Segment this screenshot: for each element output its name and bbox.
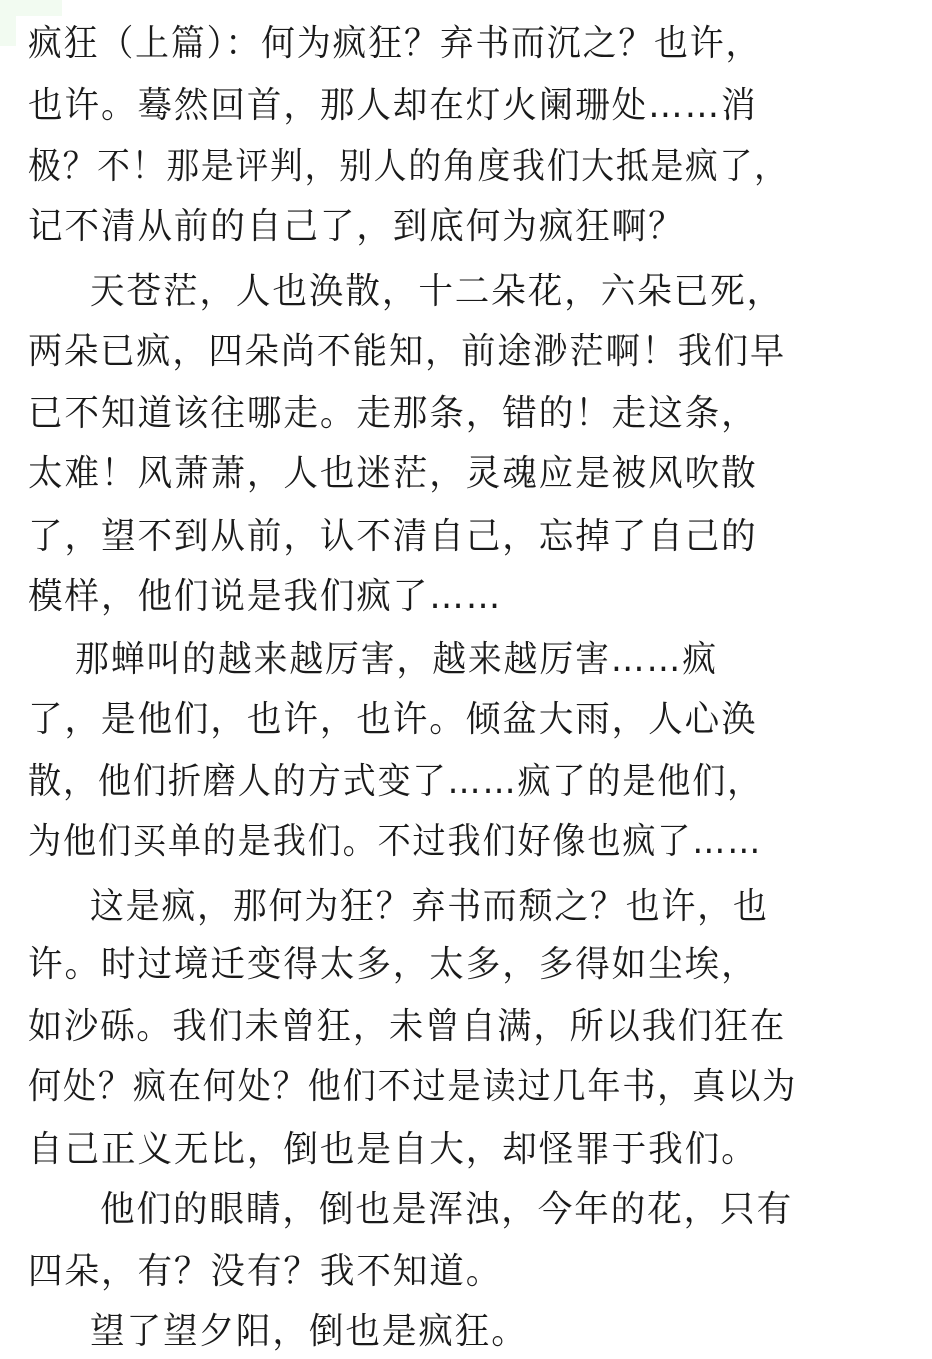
essay-line: 两朵已疯，四朵尚不能知，前途渺茫啊！我们早 — [28, 330, 786, 374]
essay-line: 散，他们折磨人的方式变了……疯了的是他们， — [28, 760, 762, 804]
handwritten-essay-page: 疯狂（上篇）：何为疯狂？弃书而沉之？也许， 也许。蓦然回首，那人却在灯火阑珊处…… — [0, 0, 932, 1359]
essay-line: 何处？疯在何处？他们不过是读过几年书，真以为 — [28, 1065, 797, 1109]
essay-line: 了，望不到从前，认不清自己，忘掉了自己的 — [28, 515, 758, 559]
essay-line: 模样，他们说是我们疯了…… — [28, 575, 502, 619]
essay-closing-line: 望了望夕阳，倒也是疯狂。 — [90, 1310, 528, 1354]
essay-line: 四朵，有？没有？我不知道。 — [28, 1250, 502, 1294]
essay-line: 自己正义无比，倒也是自大，却怪罪于我们。 — [28, 1128, 758, 1172]
essay-line: 如沙砾。我们未曾狂，未曾自满，所以我们狂在 — [28, 1005, 786, 1049]
essay-line: 了，是他们，也许，也许。倾盆大雨，人心涣 — [28, 698, 758, 742]
essay-title-line: 疯狂（上篇）：何为疯狂？弃书而沉之？也许， — [28, 22, 761, 66]
essay-line: 为他们买单的是我们。不过我们好像也疯了…… — [28, 820, 762, 864]
essay-line: 极？不！那是评判，别人的角度我们大抵是疯了， — [28, 145, 789, 189]
essay-line: 也许。蓦然回首，那人却在灯火阑珊处……消 — [28, 84, 758, 128]
essay-line: 那蝉叫的越来越厉害，越来越厉害……疯 — [75, 638, 718, 682]
essay-line: 许。时过境迁变得太多，太多，多得如尘埃， — [28, 943, 758, 987]
essay-line: 记不清从前的自己了，到底何为疯狂啊？ — [28, 205, 685, 249]
essay-line: 天苍茫，人也涣散，十二朵花，六朵已死， — [90, 270, 783, 314]
essay-line: 他们的眼睛，倒也是浑浊，今年的花，只有 — [100, 1188, 793, 1232]
essay-line: 这是疯，那何为狂？弃书而颓之？也许，也 — [90, 885, 769, 929]
essay-line: 太难！风萧萧，人也迷茫，灵魂应是被风吹散 — [28, 452, 758, 496]
essay-line: 已不知道该往哪走。走那条，错的！走这条， — [28, 392, 758, 436]
